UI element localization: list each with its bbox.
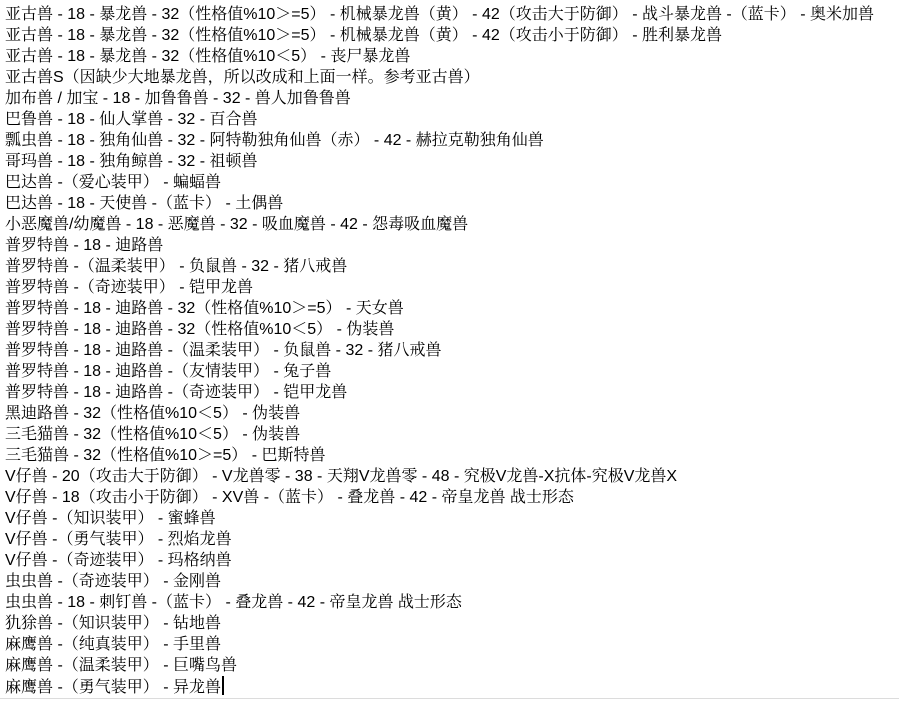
text-line-content: 加布兽 / 加宝 - 18 - 加鲁鲁兽 - 32 - 兽人加鲁鲁兽 xyxy=(5,90,351,107)
text-line[interactable]: V仔兽 -（知识装甲） - 蜜蜂兽 xyxy=(5,508,899,529)
text-line-content: 瓢虫兽 - 18 - 独角仙兽 - 32 - 阿特勒独角仙兽（赤） - 42 -… xyxy=(5,132,544,149)
text-line[interactable]: 普罗特兽 -（奇迹装甲） - 铠甲龙兽 xyxy=(5,277,899,298)
text-line-content: 普罗特兽 -（奇迹装甲） - 铠甲龙兽 xyxy=(5,279,253,296)
text-line-content: V仔兽 -（知识装甲） - 蜜蜂兽 xyxy=(5,510,216,527)
text-line-content: 亚古兽 - 18 - 暴龙兽 - 32（性格值%10＞=5） - 机械暴龙兽（黄… xyxy=(5,27,722,44)
text-line-content: 麻鹰兽 -（纯真装甲） - 手里兽 xyxy=(5,636,221,653)
text-editor-area[interactable]: 亚古兽 - 18 - 暴龙兽 - 32（性格值%10＞=5） - 机械暴龙兽（黄… xyxy=(5,0,899,697)
text-line[interactable]: 哥玛兽 - 18 - 独角鲸兽 - 32 - 祖顿兽 xyxy=(5,151,899,172)
text-line-content: 哥玛兽 - 18 - 独角鲸兽 - 32 - 祖顿兽 xyxy=(5,153,257,170)
text-line[interactable]: 巴达兽 -（爱心装甲） - 蝙蝠兽 xyxy=(5,172,899,193)
text-line-content: 犰狳兽 -（知识装甲） - 钻地兽 xyxy=(5,615,221,632)
text-line[interactable]: 普罗特兽 -（温柔装甲） - 负鼠兽 - 32 - 猪八戒兽 xyxy=(5,256,899,277)
window-bottom-edge xyxy=(0,698,899,699)
text-line[interactable]: V仔兽 -（勇气装甲） - 烈焰龙兽 xyxy=(5,529,899,550)
text-line[interactable]: 亚古兽 - 18 - 暴龙兽 - 32（性格值%10＞=5） - 机械暴龙兽（黄… xyxy=(5,25,899,46)
text-line[interactable]: 普罗特兽 - 18 - 迪路兽 - 32（性格值%10＞=5） - 天女兽 xyxy=(5,298,899,319)
text-line[interactable]: 普罗特兽 - 18 - 迪路兽 -（奇迹装甲） - 铠甲龙兽 xyxy=(5,382,899,403)
text-line[interactable]: 黑迪路兽 - 32（性格值%10＜5） - 伪装兽 xyxy=(5,403,899,424)
text-line-content: 麻鹰兽 -（勇气装甲） - 异龙兽 xyxy=(5,679,221,696)
text-line[interactable]: 虫虫兽 -（奇迹装甲） - 金刚兽 xyxy=(5,571,899,592)
text-line-content: V仔兽 - 20（攻击大于防御） - V龙兽零 - 38 - 天翔V龙兽零 - … xyxy=(5,468,677,485)
text-line-content: 亚古兽S（因缺少大地暴龙兽，所以改成和上面一样。参考亚古兽） xyxy=(5,69,480,86)
text-line[interactable]: 麻鹰兽 -（勇气装甲） - 异龙兽 xyxy=(5,676,899,697)
text-line[interactable]: V仔兽 - 20（攻击大于防御） - V龙兽零 - 38 - 天翔V龙兽零 - … xyxy=(5,466,899,487)
text-line[interactable]: 麻鹰兽 -（纯真装甲） - 手里兽 xyxy=(5,634,899,655)
text-line-content: 普罗特兽 - 18 - 迪路兽 - 32（性格值%10＞=5） - 天女兽 xyxy=(5,300,404,317)
text-line-content: 小恶魔兽/幼魔兽 - 18 - 恶魔兽 - 32 - 吸血魔兽 - 42 - 怨… xyxy=(5,216,468,233)
text-line[interactable]: 三毛猫兽 - 32（性格值%10＜5） - 伪装兽 xyxy=(5,424,899,445)
text-line-content: 普罗特兽 -（温柔装甲） - 负鼠兽 - 32 - 猪八戒兽 xyxy=(5,258,347,275)
text-line-content: 普罗特兽 - 18 - 迪路兽 -（奇迹装甲） - 铠甲龙兽 xyxy=(5,384,347,401)
text-line-content: 虫虫兽 - 18 - 刺钉兽 -（蓝卡） - 叠龙兽 - 42 - 帝皇龙兽 战… xyxy=(5,594,462,611)
text-caret xyxy=(222,676,224,695)
text-line[interactable]: 巴达兽 - 18 - 天使兽 -（蓝卡） - 土偶兽 xyxy=(5,193,899,214)
text-line[interactable]: V仔兽 -（奇迹装甲） - 玛格纳兽 xyxy=(5,550,899,571)
text-line[interactable]: 普罗特兽 - 18 - 迪路兽 - 32（性格值%10＜5） - 伪装兽 xyxy=(5,319,899,340)
text-line[interactable]: 亚古兽 - 18 - 暴龙兽 - 32（性格值%10＞=5） - 机械暴龙兽（黄… xyxy=(5,4,899,25)
text-line[interactable]: 加布兽 / 加宝 - 18 - 加鲁鲁兽 - 32 - 兽人加鲁鲁兽 xyxy=(5,88,899,109)
text-line[interactable]: 巴鲁兽 - 18 - 仙人掌兽 - 32 - 百合兽 xyxy=(5,109,899,130)
text-line-content: 亚古兽 - 18 - 暴龙兽 - 32（性格值%10＜5） - 丧尸暴龙兽 xyxy=(5,48,410,65)
text-line[interactable]: 虫虫兽 - 18 - 刺钉兽 -（蓝卡） - 叠龙兽 - 42 - 帝皇龙兽 战… xyxy=(5,592,899,613)
text-line-content: 普罗特兽 - 18 - 迪路兽 -（友情装甲） - 兔子兽 xyxy=(5,363,331,380)
text-line[interactable]: 亚古兽 - 18 - 暴龙兽 - 32（性格值%10＜5） - 丧尸暴龙兽 xyxy=(5,46,899,67)
text-line[interactable]: 普罗特兽 - 18 - 迪路兽 xyxy=(5,235,899,256)
text-line-content: 三毛猫兽 - 32（性格值%10＜5） - 伪装兽 xyxy=(5,426,300,443)
text-line-content: 亚古兽 - 18 - 暴龙兽 - 32（性格值%10＞=5） - 机械暴龙兽（黄… xyxy=(5,6,874,23)
text-line[interactable]: V仔兽 - 18（攻击小于防御） - XV兽 -（蓝卡） - 叠龙兽 - 42 … xyxy=(5,487,899,508)
text-line-content: 麻鹰兽 -（温柔装甲） - 巨嘴鸟兽 xyxy=(5,657,237,674)
text-line[interactable]: 瓢虫兽 - 18 - 独角仙兽 - 32 - 阿特勒独角仙兽（赤） - 42 -… xyxy=(5,130,899,151)
text-line[interactable]: 小恶魔兽/幼魔兽 - 18 - 恶魔兽 - 32 - 吸血魔兽 - 42 - 怨… xyxy=(5,214,899,235)
text-line-content: 普罗特兽 - 18 - 迪路兽 xyxy=(5,237,163,254)
text-line-content: 巴达兽 -（爱心装甲） - 蝙蝠兽 xyxy=(5,174,221,191)
text-line[interactable]: 三毛猫兽 - 32（性格值%10＞=5） - 巴斯特兽 xyxy=(5,445,899,466)
text-line-content: V仔兽 -（奇迹装甲） - 玛格纳兽 xyxy=(5,552,232,569)
text-line-content: 黑迪路兽 - 32（性格值%10＜5） - 伪装兽 xyxy=(5,405,300,422)
text-line-content: 巴达兽 - 18 - 天使兽 -（蓝卡） - 土偶兽 xyxy=(5,195,283,212)
text-line[interactable]: 麻鹰兽 -（温柔装甲） - 巨嘴鸟兽 xyxy=(5,655,899,676)
text-line-content: 普罗特兽 - 18 - 迪路兽 -（温柔装甲） - 负鼠兽 - 32 - 猪八戒… xyxy=(5,342,441,359)
text-line-content: 普罗特兽 - 18 - 迪路兽 - 32（性格值%10＜5） - 伪装兽 xyxy=(5,321,394,338)
text-line[interactable]: 犰狳兽 -（知识装甲） - 钻地兽 xyxy=(5,613,899,634)
text-line[interactable]: 亚古兽S（因缺少大地暴龙兽，所以改成和上面一样。参考亚古兽） xyxy=(5,67,899,88)
text-line-content: 巴鲁兽 - 18 - 仙人掌兽 - 32 - 百合兽 xyxy=(5,111,257,128)
text-line[interactable]: 普罗特兽 - 18 - 迪路兽 -（温柔装甲） - 负鼠兽 - 32 - 猪八戒… xyxy=(5,340,899,361)
text-line-content: 三毛猫兽 - 32（性格值%10＞=5） - 巴斯特兽 xyxy=(5,447,326,464)
text-line-content: V仔兽 -（勇气装甲） - 烈焰龙兽 xyxy=(5,531,232,548)
text-line[interactable]: 普罗特兽 - 18 - 迪路兽 -（友情装甲） - 兔子兽 xyxy=(5,361,899,382)
text-line-content: 虫虫兽 -（奇迹装甲） - 金刚兽 xyxy=(5,573,221,590)
text-line-content: V仔兽 - 18（攻击小于防御） - XV兽 -（蓝卡） - 叠龙兽 - 42 … xyxy=(5,489,574,506)
